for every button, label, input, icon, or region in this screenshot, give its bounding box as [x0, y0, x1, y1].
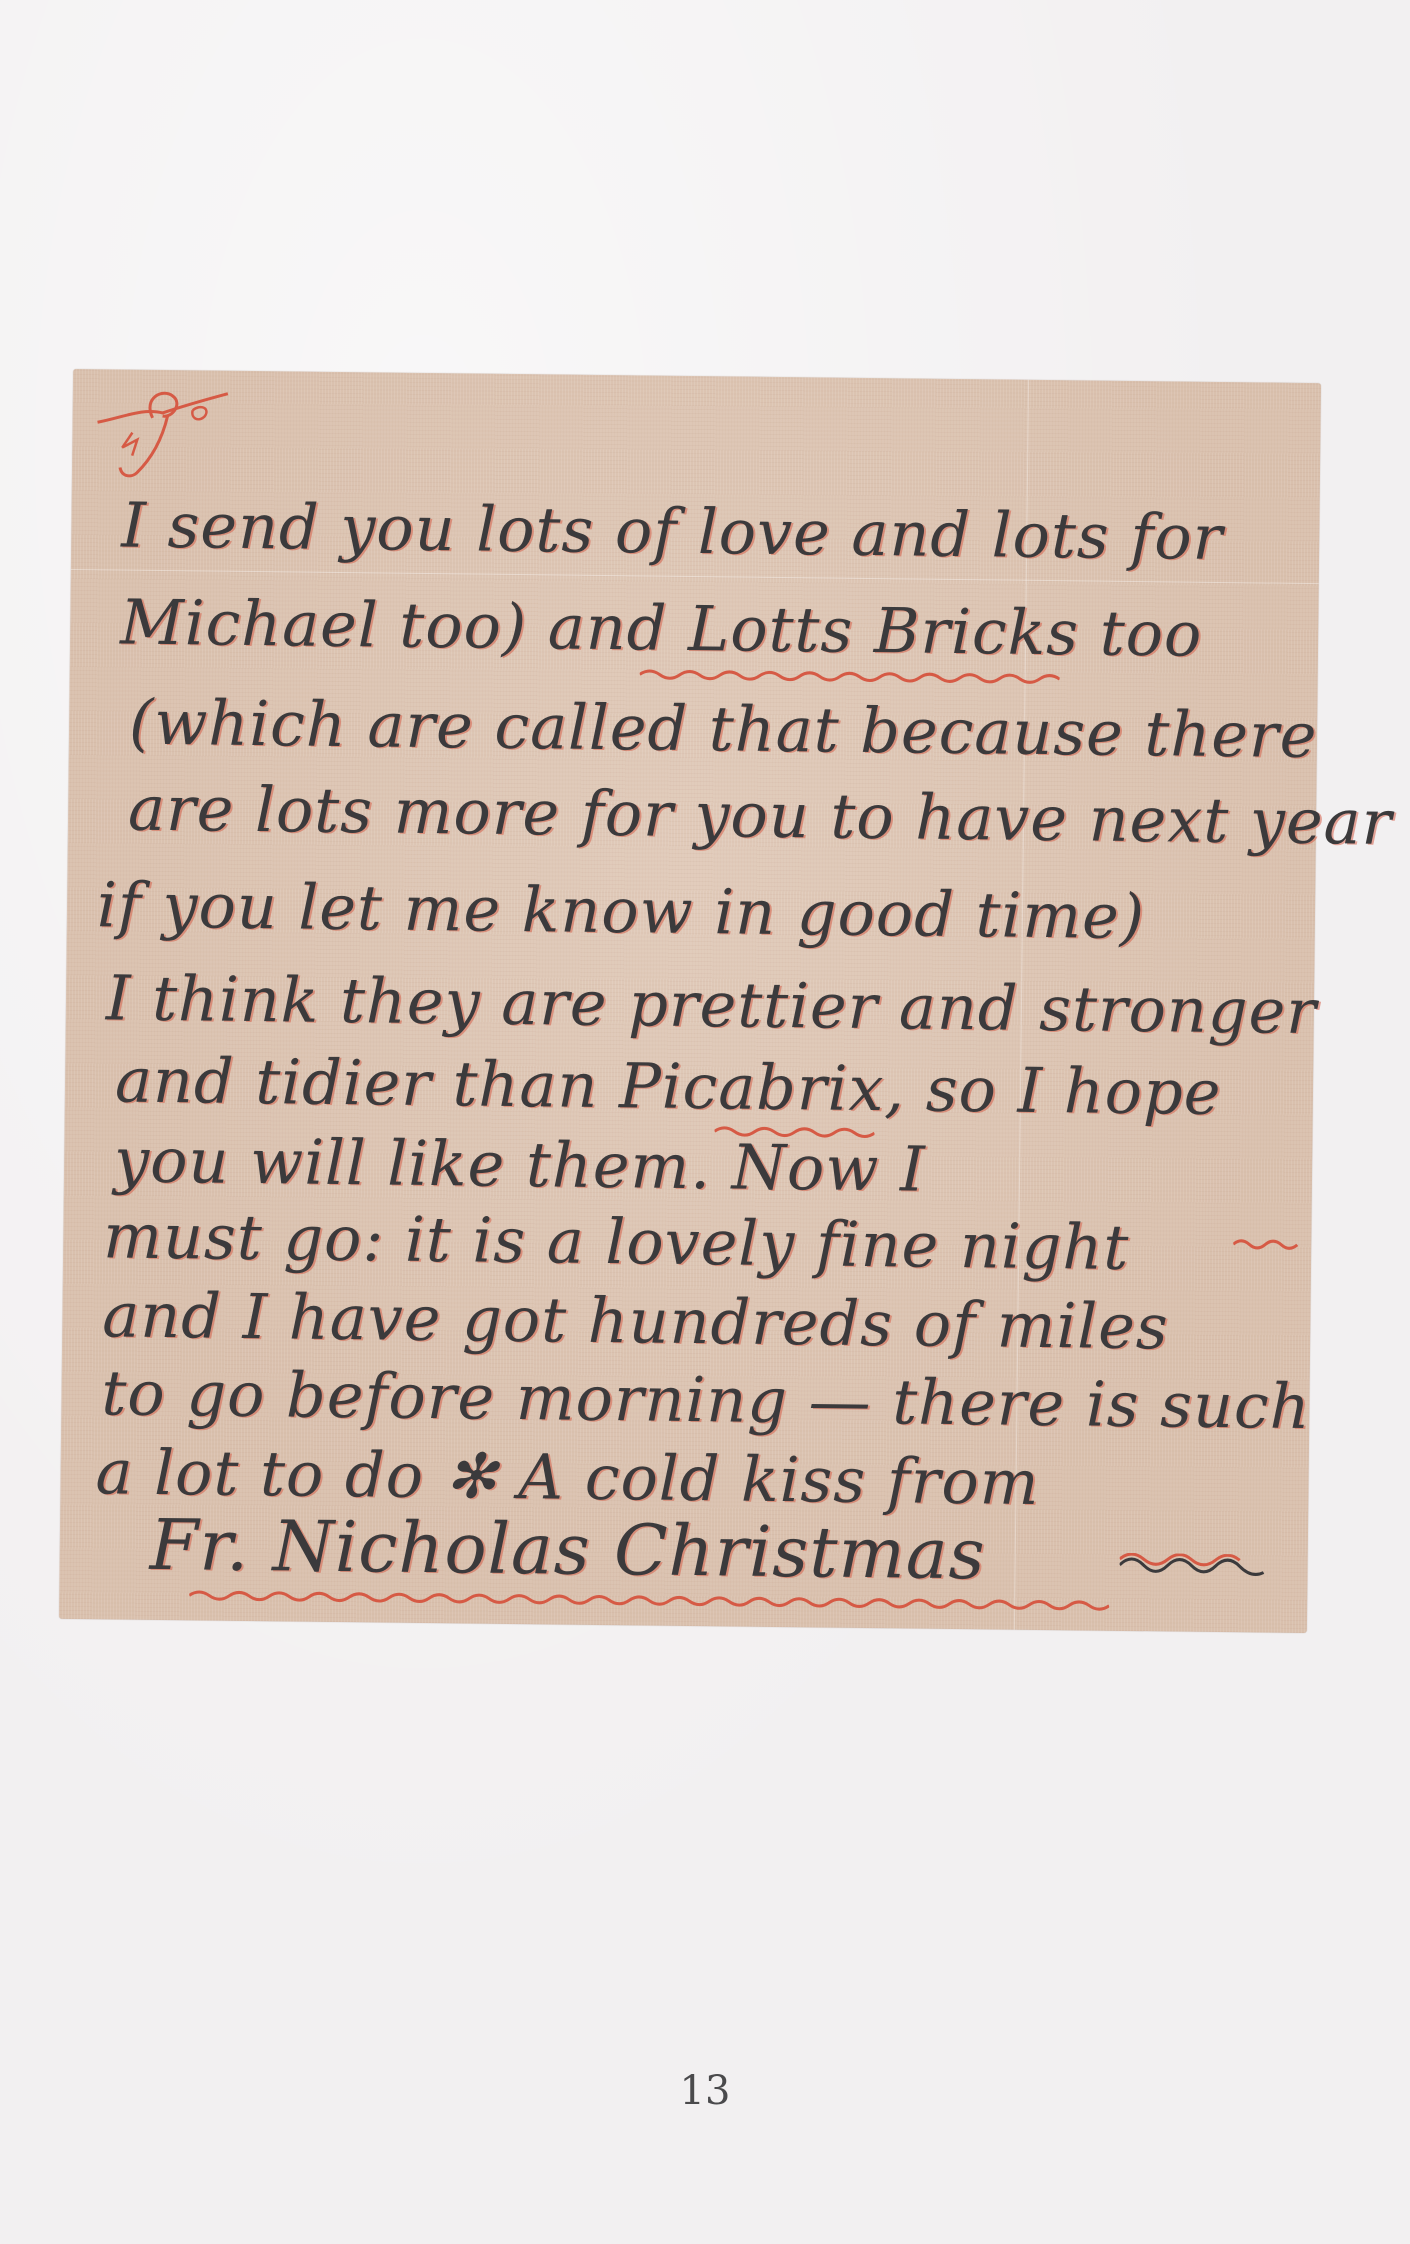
letter-line-11: to go before morning — there is such: [61, 1362, 1310, 1438]
letter-line-2: Michael too) and Lotts Bricks too: [70, 591, 1319, 667]
letter-line-9: must go: it is a lovely fine night: [63, 1205, 1312, 1281]
page-number: 13: [0, 2068, 1410, 2114]
flourish-squiggle-icon: [1233, 1237, 1303, 1252]
signature-flourish-icon: [1119, 1553, 1269, 1579]
letter-line-7: and tidier than Picabrix, so I hope: [65, 1049, 1314, 1125]
letter-line-4: are lots more for you to have next year: [68, 777, 1317, 853]
letter-line-6: I think they are prettier and stronger: [66, 967, 1315, 1043]
letter-line-10: and I have got hundreds of miles: [62, 1284, 1311, 1360]
letter-line-3: (which are called that because there: [69, 691, 1318, 767]
underline-squiggle-icon: [640, 667, 1060, 686]
handwritten-letter: I send you lots of love and lots for Mic…: [59, 369, 1321, 1633]
letter-line-5: if you let me know in good time): [67, 874, 1316, 950]
letter-line-1: I send you lots of love and lots for: [71, 494, 1320, 570]
holly-ornament-icon: [92, 377, 243, 489]
letter-line-8: you will like them. Now I: [64, 1129, 1313, 1205]
signature: Fr. Nicholas Christmas: [59, 1509, 1308, 1593]
